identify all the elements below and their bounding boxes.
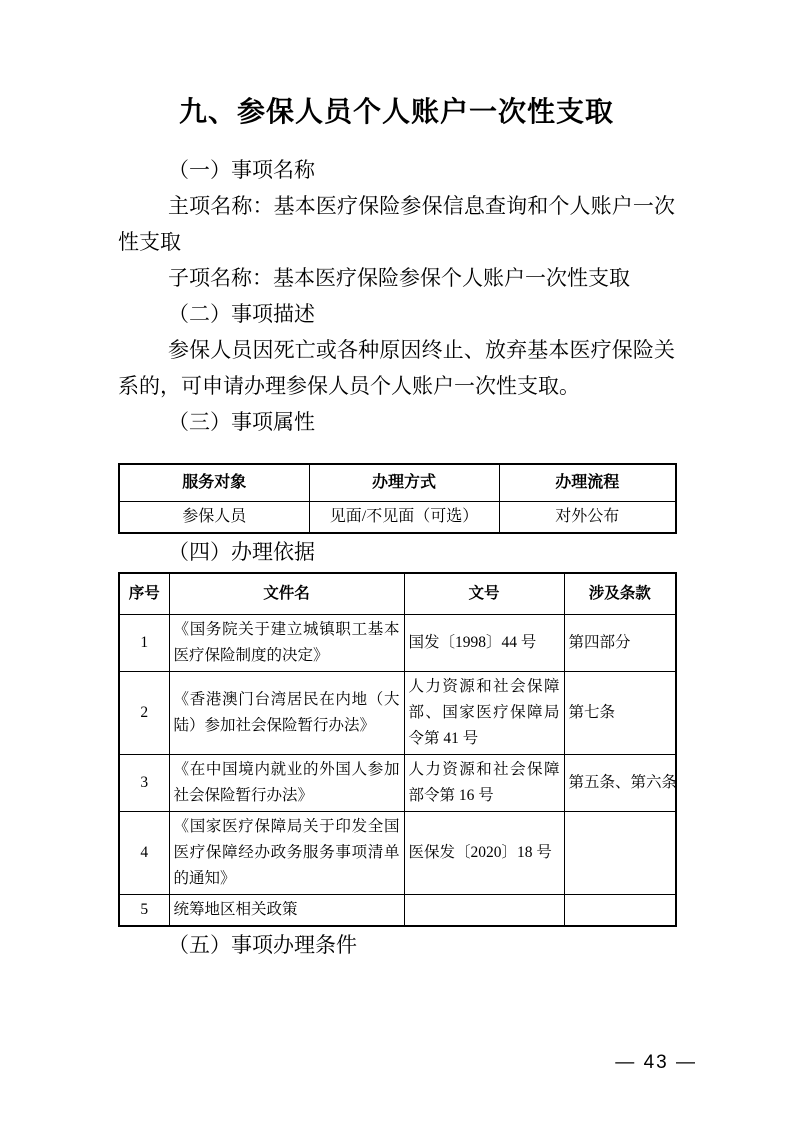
cell-file-name: 统筹地区相关政策 <box>169 895 404 927</box>
legal-basis-row: 2 《香港澳门台湾居民在内地（大陆）参加社会保险暂行办法》 人力资源和社会保障部… <box>119 672 676 755</box>
cell-seq: 3 <box>119 755 169 812</box>
section-3-heading: （三）事项属性 <box>118 404 675 440</box>
page-number: — 43 — <box>615 1052 697 1074</box>
cell-seq: 1 <box>119 615 169 672</box>
page-title: 九、参保人员个人账户一次性支取 <box>118 92 675 132</box>
legal-basis-table: 序号 文件名 文号 涉及条款 1 《国务院关于建立城镇职工基本医疗保险制度的决定… <box>118 572 677 927</box>
sub-item-name-paragraph: 子项名称：基本医疗保险参保个人账户一次性支取 <box>118 260 675 296</box>
cell-clauses <box>564 812 676 895</box>
cell-seq: 5 <box>119 895 169 927</box>
cell-doc-number <box>404 895 564 927</box>
cell-seq: 2 <box>119 672 169 755</box>
attributes-table: 服务对象 办理方式 办理流程 参保人员 见面/不见面（可选） 对外公布 <box>118 463 677 534</box>
cell-handling-method: 见面/不见面（可选） <box>309 502 499 534</box>
cell-clauses <box>564 895 676 927</box>
cell-file-name: 《国家医疗保障局关于印发全国医疗保障经办政务服务事项清单的通知》 <box>169 812 404 895</box>
cell-doc-number: 人力资源和社会保障部、国家医疗保障局令第 41 号 <box>404 672 564 755</box>
cell-clauses: 第五条、第六条 <box>564 755 676 812</box>
legal-basis-header-row: 序号 文件名 文号 涉及条款 <box>119 573 676 615</box>
section-5-heading: （五）事项办理条件 <box>118 927 675 963</box>
col-header-clauses: 涉及条款 <box>564 573 676 615</box>
legal-basis-row: 4 《国家医疗保障局关于印发全国医疗保障经办政务服务事项清单的通知》 医保发〔2… <box>119 812 676 895</box>
cell-handling-process: 对外公布 <box>499 502 676 534</box>
section-1-heading: （一）事项名称 <box>118 152 675 188</box>
section-2-heading: （二）事项描述 <box>118 296 675 332</box>
main-item-name-paragraph: 主项名称：基本医疗保险参保信息查询和个人账户一次性支取 <box>118 188 675 260</box>
document-page: 九、参保人员个人账户一次性支取 （一）事项名称 主项名称：基本医疗保险参保信息查… <box>0 0 793 1122</box>
cell-file-name: 《国务院关于建立城镇职工基本医疗保险制度的决定》 <box>169 615 404 672</box>
cell-file-name: 《香港澳门台湾居民在内地（大陆）参加社会保险暂行办法》 <box>169 672 404 755</box>
attributes-table-header-row: 服务对象 办理方式 办理流程 <box>119 464 676 502</box>
col-header-service-target: 服务对象 <box>119 464 309 502</box>
cell-clauses: 第七条 <box>564 672 676 755</box>
legal-basis-row: 1 《国务院关于建立城镇职工基本医疗保险制度的决定》 国发〔1998〕44 号 … <box>119 615 676 672</box>
col-header-file-name: 文件名 <box>169 573 404 615</box>
legal-basis-row: 3 《在中国境内就业的外国人参加社会保险暂行办法》 人力资源和社会保障部令第 1… <box>119 755 676 812</box>
col-header-handling-process: 办理流程 <box>499 464 676 502</box>
col-header-seq: 序号 <box>119 573 169 615</box>
col-header-handling-method: 办理方式 <box>309 464 499 502</box>
col-header-doc-number: 文号 <box>404 573 564 615</box>
cell-seq: 4 <box>119 812 169 895</box>
cell-file-name: 《在中国境内就业的外国人参加社会保险暂行办法》 <box>169 755 404 812</box>
attributes-table-row: 参保人员 见面/不见面（可选） 对外公布 <box>119 502 676 534</box>
cell-service-target: 参保人员 <box>119 502 309 534</box>
item-description-paragraph: 参保人员因死亡或各种原因终止、放弃基本医疗保险关系的，可申请办理参保人员个人账户… <box>118 332 675 404</box>
section-4-heading: （四）办理依据 <box>118 534 675 570</box>
cell-doc-number: 医保发〔2020〕18 号 <box>404 812 564 895</box>
cell-doc-number: 国发〔1998〕44 号 <box>404 615 564 672</box>
cell-clauses: 第四部分 <box>564 615 676 672</box>
legal-basis-row: 5 统筹地区相关政策 <box>119 895 676 927</box>
cell-doc-number: 人力资源和社会保障部令第 16 号 <box>404 755 564 812</box>
